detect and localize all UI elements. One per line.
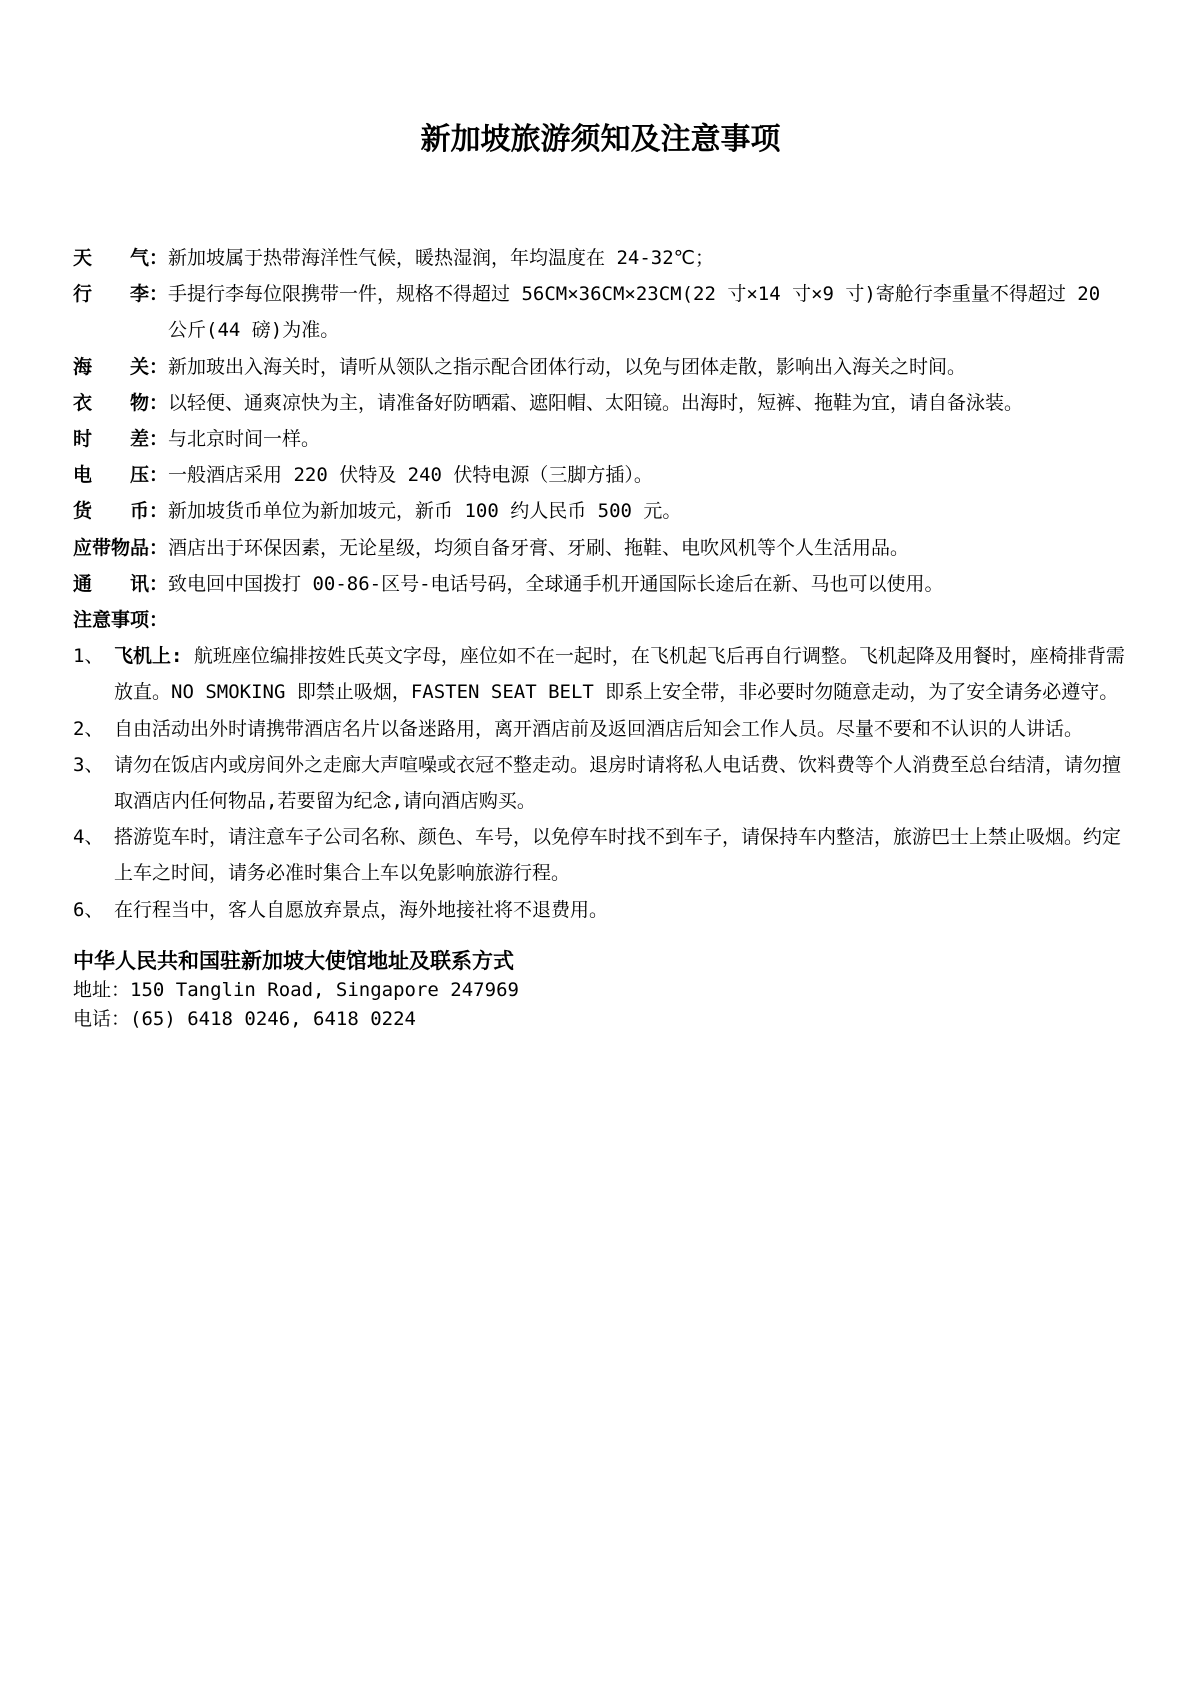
item-number: 1、 bbox=[73, 638, 114, 710]
entry-label: 天气： bbox=[73, 240, 168, 276]
info-entry-items: 应带物品： 酒店出于环保因素，无论星级，均须自备牙膏、牙刷、拖鞋、电吹风机等个人… bbox=[73, 530, 1128, 566]
item-text: 在行程当中，客人自愿放弃景点，海外地接社将不退费用。 bbox=[114, 892, 1128, 928]
phone-value: (65) 6418 0246, 6418 0224 bbox=[130, 1008, 416, 1030]
entry-colon: ： bbox=[149, 283, 168, 305]
embassy-heading: 中华人民共和国驻新加坡大使馆地址及联系方式 bbox=[73, 946, 1128, 976]
entry-text: 手提行李每位限携带一件，规格不得超过 56CM×36CM×23CM(22 寸×1… bbox=[168, 276, 1128, 348]
entry-label: 行李： bbox=[73, 276, 168, 348]
entry-colon: ： bbox=[149, 247, 168, 269]
entry-colon: ： bbox=[149, 464, 168, 486]
entry-text: 与北京时间一样。 bbox=[168, 421, 1128, 457]
info-entry-clothing: 衣物： 以轻便、通爽凉快为主，请准备好防晒霜、遮阳帽、太阳镜。出海时，短裤、拖鞋… bbox=[73, 385, 1128, 421]
entry-text: 一般酒店采用 220 伏特及 240 伏特电源（三脚方插）。 bbox=[168, 457, 1128, 493]
entry-text: 以轻便、通爽凉快为主，请准备好防晒霜、遮阳帽、太阳镜。出海时，短裤、拖鞋为宜，请… bbox=[168, 385, 1128, 421]
document-page: 新加坡旅游须知及注意事项 天气： 新加坡属于热带海洋性气候，暖热湿润，年均温度在… bbox=[0, 0, 1190, 1683]
item-body: 自由活动出外时请携带酒店名片以备迷路用，离开酒店前及返回酒店后知会工作人员。尽量… bbox=[114, 718, 1083, 740]
entry-label: 货币： bbox=[73, 493, 168, 529]
entry-label: 时差： bbox=[73, 421, 168, 457]
phone-label: 电话： bbox=[73, 1008, 130, 1030]
doc-title: 新加坡旅游须知及注意事项 bbox=[73, 121, 1128, 159]
item-body: 搭游览车时，请注意车子公司名称、颜色、车号，以免停车时找不到车子，请保持车内整洁… bbox=[114, 826, 1121, 884]
item-bold-prefix: 飞机上: bbox=[114, 645, 194, 667]
info-entry-currency: 货币： 新加坡货币单位为新加坡元，新币 100 约人民币 500 元。 bbox=[73, 493, 1128, 529]
entry-label: 电压： bbox=[73, 457, 168, 493]
entry-label: 海关： bbox=[73, 349, 168, 385]
note-item-4: 4、 搭游览车时，请注意车子公司名称、颜色、车号，以免停车时找不到车子，请保持车… bbox=[73, 819, 1128, 891]
item-body: 请勿在饭店内或房间外之走廊大声喧噪或衣冠不整走动。退房时请将私人电话费、饮料费等… bbox=[114, 754, 1121, 812]
embassy-phone-line: 电话：(65) 6418 0246, 6418 0224 bbox=[73, 1005, 1128, 1034]
entry-text: 酒店出于环保因素，无论星级，均须自备牙膏、牙刷、拖鞋、电吹风机等个人生活用品。 bbox=[168, 530, 1128, 566]
info-entry-communication: 通讯： 致电回中国拨打 00-86-区号-电话号码，全球通手机开通国际长途后在新… bbox=[73, 566, 1128, 602]
embassy-section: 中华人民共和国驻新加坡大使馆地址及联系方式 地址：150 Tanglin Roa… bbox=[73, 946, 1128, 1034]
entry-text: 新加玻出入海关时，请听从领队之指示配合团体行动，以免与团体走散，影响出入海关之时… bbox=[168, 349, 1128, 385]
item-number: 4、 bbox=[73, 819, 114, 891]
embassy-address-line: 地址：150 Tanglin Road, Singapore 247969 bbox=[73, 976, 1128, 1005]
notes-list: 1、 飞机上: 航班座位编排按姓氏英文字母，座位如不在一起时，在飞机起飞后再自行… bbox=[73, 638, 1128, 928]
info-entry-timezone: 时差： 与北京时间一样。 bbox=[73, 421, 1128, 457]
note-item-6: 6、 在行程当中，客人自愿放弃景点，海外地接社将不退费用。 bbox=[73, 892, 1128, 928]
info-entry-customs: 海关： 新加玻出入海关时，请听从领队之指示配合团体行动，以免与团体走散，影响出入… bbox=[73, 349, 1128, 385]
note-item-1: 1、 飞机上: 航班座位编排按姓氏英文字母，座位如不在一起时，在飞机起飞后再自行… bbox=[73, 638, 1128, 710]
item-body: 航班座位编排按姓氏英文字母，座位如不在一起时，在飞机起飞后再自行调整。飞机起降及… bbox=[114, 645, 1125, 703]
entry-colon: ： bbox=[149, 537, 168, 559]
info-entry-luggage: 行李： 手提行李每位限携带一件，规格不得超过 56CM×36CM×23CM(22… bbox=[73, 276, 1128, 348]
note-item-2: 2、 自由活动出外时请携带酒店名片以备迷路用，离开酒店前及返回酒店后知会工作人员… bbox=[73, 711, 1128, 747]
item-body: 在行程当中，客人自愿放弃景点，海外地接社将不退费用。 bbox=[114, 899, 608, 921]
entry-colon: ： bbox=[149, 428, 168, 450]
entry-text: 新加坡货币单位为新加坡元，新币 100 约人民币 500 元。 bbox=[168, 493, 1128, 529]
address-value: 150 Tanglin Road, Singapore 247969 bbox=[130, 979, 519, 1001]
entry-colon: ： bbox=[149, 392, 168, 414]
entry-colon: ： bbox=[149, 500, 168, 522]
entry-colon: ： bbox=[149, 356, 168, 378]
item-text: 搭游览车时，请注意车子公司名称、颜色、车号，以免停车时找不到车子，请保持车内整洁… bbox=[114, 819, 1128, 891]
entry-text: 新加坡属于热带海洋性气候，暖热湿润，年均温度在 24-32℃； bbox=[168, 240, 1128, 276]
item-number: 2、 bbox=[73, 711, 114, 747]
info-entry-weather: 天气： 新加坡属于热带海洋性气候，暖热湿润，年均温度在 24-32℃； bbox=[73, 240, 1128, 276]
doc-content: 天气： 新加坡属于热带海洋性气候，暖热湿润，年均温度在 24-32℃； 行李： … bbox=[73, 240, 1128, 1034]
info-entry-voltage: 电压： 一般酒店采用 220 伏特及 240 伏特电源（三脚方插）。 bbox=[73, 457, 1128, 493]
item-number: 3、 bbox=[73, 747, 114, 819]
entry-text: 致电回中国拨打 00-86-区号-电话号码，全球通手机开通国际长途后在新、马也可… bbox=[168, 566, 1128, 602]
item-text: 请勿在饭店内或房间外之走廊大声喧噪或衣冠不整走动。退房时请将私人电话费、饮料费等… bbox=[114, 747, 1128, 819]
note-item-3: 3、 请勿在饭店内或房间外之走廊大声喧噪或衣冠不整走动。退房时请将私人电话费、饮… bbox=[73, 747, 1128, 819]
entry-label: 衣物： bbox=[73, 385, 168, 421]
item-text: 自由活动出外时请携带酒店名片以备迷路用，离开酒店前及返回酒店后知会工作人员。尽量… bbox=[114, 711, 1128, 747]
item-number: 6、 bbox=[73, 892, 114, 928]
entry-label: 通讯： bbox=[73, 566, 168, 602]
entry-colon: ： bbox=[149, 573, 168, 595]
address-label: 地址： bbox=[73, 979, 130, 1001]
entry-label: 应带物品： bbox=[73, 530, 168, 566]
notes-heading: 注意事项： bbox=[73, 602, 1128, 638]
info-list: 天气： 新加坡属于热带海洋性气候，暖热湿润，年均温度在 24-32℃； 行李： … bbox=[73, 240, 1128, 602]
item-text: 飞机上: 航班座位编排按姓氏英文字母，座位如不在一起时，在飞机起飞后再自行调整。… bbox=[114, 638, 1128, 710]
